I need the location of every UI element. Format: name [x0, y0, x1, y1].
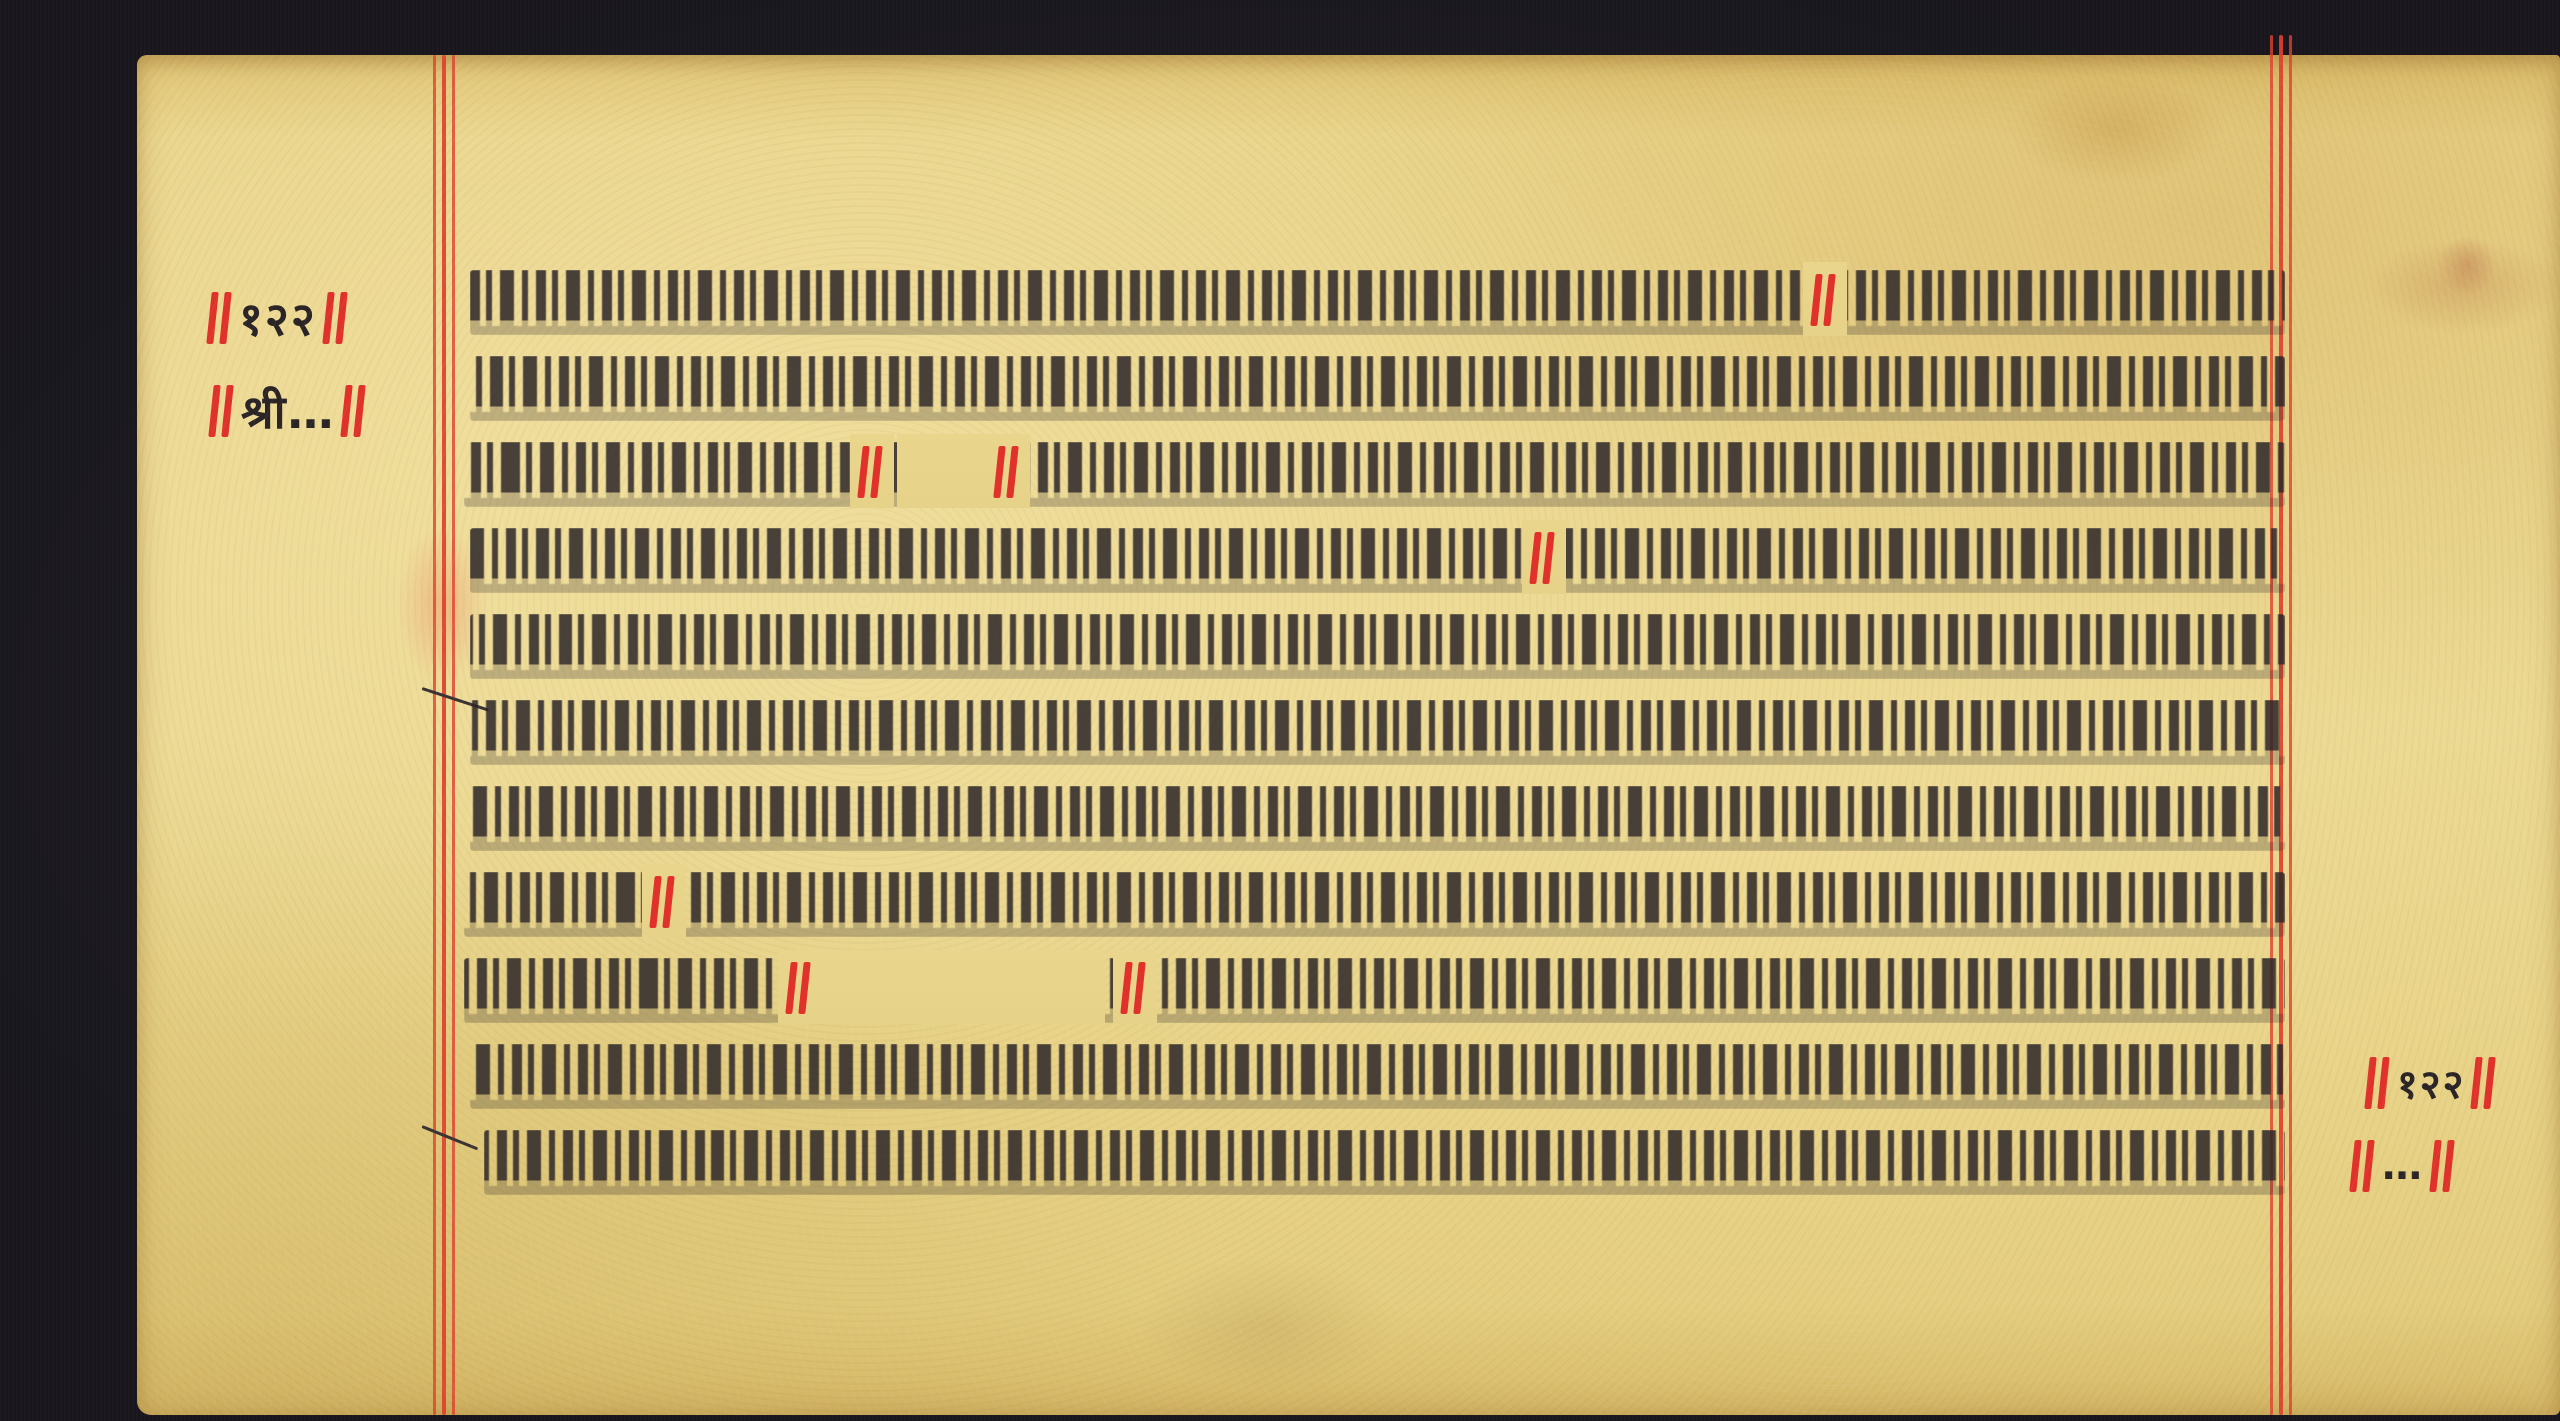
right-folio-number: १२२: [2367, 1055, 2495, 1110]
red-rule: [2289, 35, 2292, 1415]
red-double-danda: [1123, 962, 1145, 1014]
red-double-danda: [788, 962, 810, 1014]
red-double-danda: [652, 876, 674, 928]
left-margin-rules: [433, 55, 455, 1415]
script-ink-strokes: [464, 872, 2285, 937]
red-double-danda: [2367, 1057, 2389, 1109]
right-margin-label: …: [2352, 1140, 2454, 1192]
red-double-danda: [1813, 274, 1835, 326]
script-ink-strokes: [464, 958, 2285, 1023]
script-ink-strokes: [470, 356, 2285, 421]
manuscript-line: [470, 692, 2285, 762]
script-ink-strokes: [470, 786, 2285, 851]
stain: [1137, 1255, 1397, 1395]
folio-number-text: १२२: [2397, 1055, 2465, 1110]
red-rule: [433, 55, 436, 1415]
margin-label-text: …: [2382, 1143, 2424, 1189]
margin-label-text: श्री…: [241, 380, 335, 442]
manuscript-line: [470, 1122, 2285, 1192]
folio-number-text: १२२: [239, 287, 317, 349]
blank-space: [897, 434, 988, 508]
stain: [2007, 75, 2227, 185]
red-rule: [452, 55, 455, 1415]
red-double-danda: [343, 385, 365, 437]
manuscript-line: [470, 778, 2285, 848]
red-double-danda: [2432, 1140, 2454, 1192]
script-ink-strokes: [464, 442, 2285, 507]
script-ink-strokes: [470, 528, 2285, 593]
red-double-danda: [325, 292, 347, 344]
red-double-danda: [2352, 1140, 2374, 1192]
manuscript-line: [470, 864, 2285, 934]
red-double-danda: [211, 385, 233, 437]
manuscript-line: [470, 606, 2285, 676]
red-double-danda: [1532, 532, 1554, 584]
red-double-danda: [996, 446, 1018, 498]
script-ink-strokes: [470, 270, 2285, 335]
script-ink-strokes: [470, 614, 2285, 679]
manuscript-line: [470, 434, 2285, 504]
manuscript-line: [470, 520, 2285, 590]
script-ink-strokes: [470, 700, 2285, 765]
blank-space: [815, 950, 1105, 1024]
left-margin-label: श्री…: [211, 380, 365, 442]
stain: [2437, 235, 2497, 295]
red-rule: [442, 55, 446, 1415]
red-double-danda: [2473, 1057, 2495, 1109]
manuscript-line: [470, 1036, 2285, 1106]
red-double-danda: [209, 292, 231, 344]
red-double-danda: [860, 446, 882, 498]
manuscript-line: [470, 262, 2285, 332]
manuscript-line: [470, 348, 2285, 418]
script-ink-strokes: [470, 1044, 2285, 1109]
manuscript-line: [470, 950, 2285, 1020]
script-ink-strokes: [484, 1130, 2285, 1195]
left-folio-number: १२२: [209, 287, 347, 349]
